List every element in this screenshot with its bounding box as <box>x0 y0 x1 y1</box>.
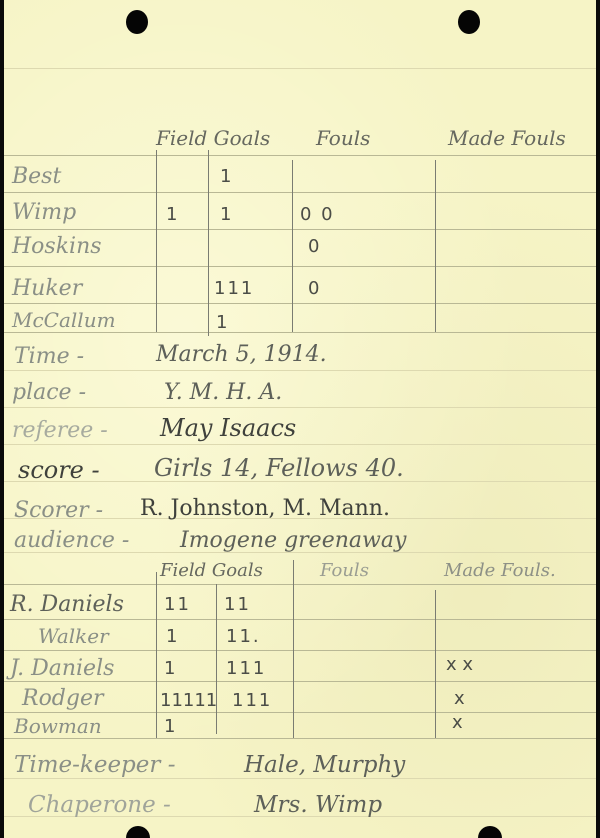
field-goals-b: 111 <box>232 690 272 711</box>
field-goals-b: 111 <box>226 658 266 679</box>
ruled-line <box>4 68 596 69</box>
player-name: Wimp <box>12 200 76 225</box>
field-goals-b: 111 <box>214 278 254 299</box>
ruled-line <box>4 407 596 408</box>
score-sheet-page: Field Goals Fouls Made Fouls Best 1 Wimp… <box>4 0 596 838</box>
ruled-line <box>4 681 596 682</box>
fouls: 0 0 <box>300 204 335 225</box>
made-fouls: x x <box>446 654 473 675</box>
table1-header-made-fouls: Made Fouls <box>448 126 566 150</box>
chaperone-value: Mrs. Wimp <box>254 792 382 818</box>
place-value: Y. M. H. A. <box>164 380 282 405</box>
player-name: McCallum <box>12 308 116 332</box>
audience-value: Imogene greenaway <box>180 528 406 553</box>
field-goals-a: 11111 <box>160 690 217 711</box>
punch-hole-bottom-left <box>126 826 150 838</box>
ruled-line <box>4 303 596 304</box>
score-value: Girls 14, Fellows 40. <box>154 454 404 482</box>
field-goals-b: 11. <box>226 626 261 647</box>
field-goals-a: 1 <box>164 658 177 679</box>
player-name: Best <box>12 164 61 189</box>
ruled-line <box>4 619 596 620</box>
player-name: R. Daniels <box>10 592 124 617</box>
ruled-line <box>4 650 596 651</box>
player-name: Bowman <box>14 714 102 738</box>
ruled-line <box>4 266 596 267</box>
ruled-line <box>4 370 596 371</box>
table2-column-divider <box>216 584 217 734</box>
chaperone-label: Chaperone - <box>28 792 171 818</box>
punch-hole-left <box>126 10 148 34</box>
table1-column-divider <box>292 160 293 332</box>
ruled-line <box>4 229 596 230</box>
time-label: Time - <box>14 344 84 369</box>
fouls: 0 <box>308 236 321 257</box>
field-goals-b: 1 <box>220 204 233 225</box>
table1-header-field-goals: Field Goals <box>156 126 270 150</box>
referee-value: May Isaacs <box>160 414 296 442</box>
punch-hole-right <box>458 10 480 34</box>
player-name: J. Daniels <box>10 656 114 681</box>
player-name: Walker <box>38 624 109 648</box>
field-goals-b: 11 <box>224 594 251 615</box>
table2-header-fouls: Fouls <box>320 560 369 581</box>
player-name: Hoskins <box>12 234 102 259</box>
timekeeper-label: Time-keeper - <box>14 752 175 778</box>
time-value: March 5, 1914. <box>156 342 327 367</box>
punch-hole-bottom-right <box>478 826 502 838</box>
field-goals-a: 11 <box>164 594 191 615</box>
ruled-line <box>4 444 596 445</box>
field-goals-a: 1 <box>166 204 179 225</box>
ruled-line <box>4 192 596 193</box>
score-label: score - <box>18 456 100 484</box>
table1-header-fouls: Fouls <box>316 126 370 150</box>
ruled-line <box>4 738 596 739</box>
scorer-value: R. Johnston, M. Mann. <box>140 496 390 521</box>
field-goals-a: 1 <box>166 626 179 647</box>
ruled-line <box>4 155 596 156</box>
field-goals-a: 1 <box>164 716 177 737</box>
place-label: place - <box>12 380 86 405</box>
fouls: 0 <box>308 278 321 299</box>
player-name: Huker <box>12 276 82 301</box>
ruled-line <box>4 332 596 333</box>
table2-header-made-fouls: Made Fouls. <box>444 560 556 581</box>
table1-column-divider <box>156 150 157 332</box>
ruled-line <box>4 712 596 713</box>
player-name: Rodger <box>22 686 104 711</box>
made-fouls: x <box>452 712 463 733</box>
ruled-line <box>4 778 596 779</box>
table1-column-divider <box>208 150 209 336</box>
field-goals-b: 1 <box>216 312 229 333</box>
timekeeper-value: Hale, Murphy <box>244 752 405 778</box>
scorer-label: Scorer - <box>14 498 103 523</box>
made-fouls: x <box>454 688 465 709</box>
ruled-line <box>4 584 596 585</box>
table2-column-divider <box>293 560 294 738</box>
audience-label: audience - <box>14 528 129 553</box>
table2-header-field-goals: Field Goals <box>160 560 263 581</box>
table1-column-divider <box>435 160 436 332</box>
table2-column-divider <box>435 590 436 738</box>
field-goals-b: 1 <box>220 166 233 187</box>
referee-label: referee - <box>12 418 108 443</box>
table2-column-divider <box>156 572 157 738</box>
